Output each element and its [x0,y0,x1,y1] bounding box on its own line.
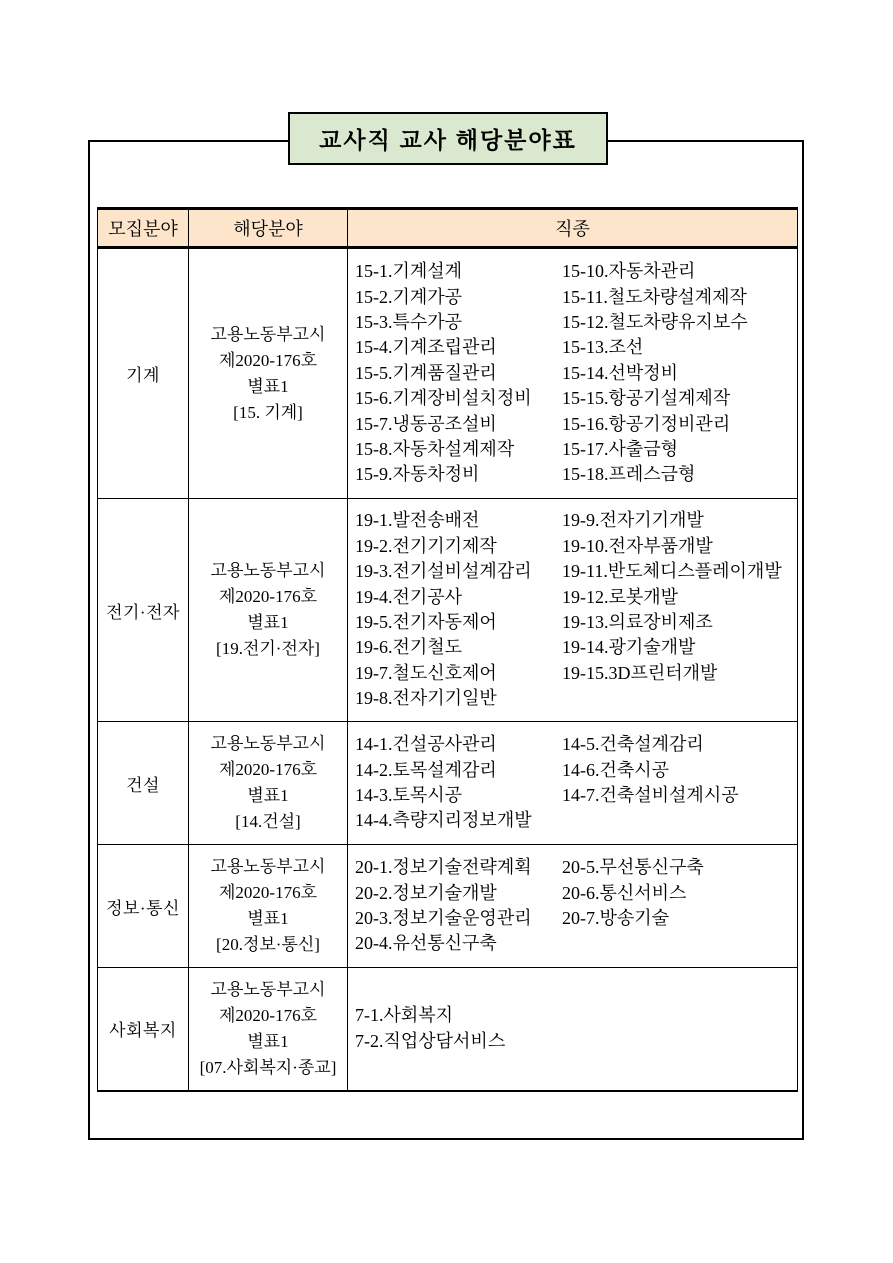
document-page: 교사직 교사 해당분야표 모집분야 해당분야 직종 기계 고용노동부고시 제20… [0,0,893,1263]
category-cell: 전기·전자 [98,499,189,722]
field-cell: 고용노동부고시 제2020-176호 별표1 [20.정보·통신] [189,845,348,968]
jobs-cell: 15-1.기계설계 15-2.기계가공 15-3.특수가공 15-4.기계조립관… [348,248,798,499]
jobs-column-left: 7-1.사회복지 7-2.직업상담서비스 [355,1003,562,1054]
jobs-cell: 19-1.발전송배전 19-2.전기기기제작 19-3.전기설비설계감리 19-… [348,499,798,722]
jobs-column-left: 14-1.건설공사관리 14-2.토목설계감리 14-3.토목시공 14-4.측… [355,732,562,834]
jobs-column-right: 14-5.건축설계감리 14-6.건축시공 14-7.건축설비설계시공 [562,732,793,808]
category-cell: 정보·통신 [98,845,189,968]
jobs-column-right: 20-5.무선통신구축 20-6.통신서비스 20-7.방송기술 [562,855,793,931]
category-cell: 사회복지 [98,968,189,1091]
table-row: 사회복지 고용노동부고시 제2020-176호 별표1 [07.사회복지·종교]… [98,968,798,1091]
jobs-cell: 14-1.건설공사관리 14-2.토목설계감리 14-3.토목시공 14-4.측… [348,722,798,845]
fields-table: 모집분야 해당분야 직종 기계 고용노동부고시 제2020-176호 별표1 [… [97,207,798,1092]
field-cell: 고용노동부고시 제2020-176호 별표1 [15. 기계] [189,248,348,499]
category-cell: 기계 [98,248,189,499]
jobs-column-right: 15-10.자동차관리 15-11.철도차량설계제작 15-12.철도차량유지보… [562,259,793,488]
table-header-row: 모집분야 해당분야 직종 [98,209,798,248]
jobs-cell: 20-1.정보기술전략계획 20-2.정보기술개발 20-3.정보기술운영관리 … [348,845,798,968]
table-row: 기계 고용노동부고시 제2020-176호 별표1 [15. 기계] 15-1.… [98,248,798,499]
jobs-column-left: 15-1.기계설계 15-2.기계가공 15-3.특수가공 15-4.기계조립관… [355,259,562,488]
header-category: 모집분야 [98,209,189,248]
jobs-column-left: 19-1.발전송배전 19-2.전기기기제작 19-3.전기설비설계감리 19-… [355,508,562,711]
field-cell: 고용노동부고시 제2020-176호 별표1 [14.건설] [189,722,348,845]
field-cell: 고용노동부고시 제2020-176호 별표1 [19.전기·전자] [189,499,348,722]
field-cell: 고용노동부고시 제2020-176호 별표1 [07.사회복지·종교] [189,968,348,1091]
jobs-cell: 7-1.사회복지 7-2.직업상담서비스 [348,968,798,1091]
jobs-columns: 15-1.기계설계 15-2.기계가공 15-3.특수가공 15-4.기계조립관… [355,259,793,488]
table-row: 정보·통신 고용노동부고시 제2020-176호 별표1 [20.정보·통신] … [98,845,798,968]
table-row: 건설 고용노동부고시 제2020-176호 별표1 [14.건설] 14-1.건… [98,722,798,845]
table-row: 전기·전자 고용노동부고시 제2020-176호 별표1 [19.전기·전자] … [98,499,798,722]
jobs-column-right: 19-9.전자기기개발 19-10.전자부품개발 19-11.반도체디스플레이개… [562,508,793,686]
title-box: 교사직 교사 해당분야표 [288,112,608,165]
jobs-columns: 14-1.건설공사관리 14-2.토목설계감리 14-3.토목시공 14-4.측… [355,732,793,834]
page-title: 교사직 교사 해당분야표 [319,122,577,155]
header-field: 해당분야 [189,209,348,248]
jobs-column-left: 20-1.정보기술전략계획 20-2.정보기술개발 20-3.정보기술운영관리 … [355,855,562,957]
jobs-columns: 19-1.발전송배전 19-2.전기기기제작 19-3.전기설비설계감리 19-… [355,508,793,711]
header-jobs: 직종 [348,209,798,248]
jobs-columns: 7-1.사회복지 7-2.직업상담서비스 [355,1003,793,1054]
category-cell: 건설 [98,722,189,845]
jobs-columns: 20-1.정보기술전략계획 20-2.정보기술개발 20-3.정보기술운영관리 … [355,855,793,957]
